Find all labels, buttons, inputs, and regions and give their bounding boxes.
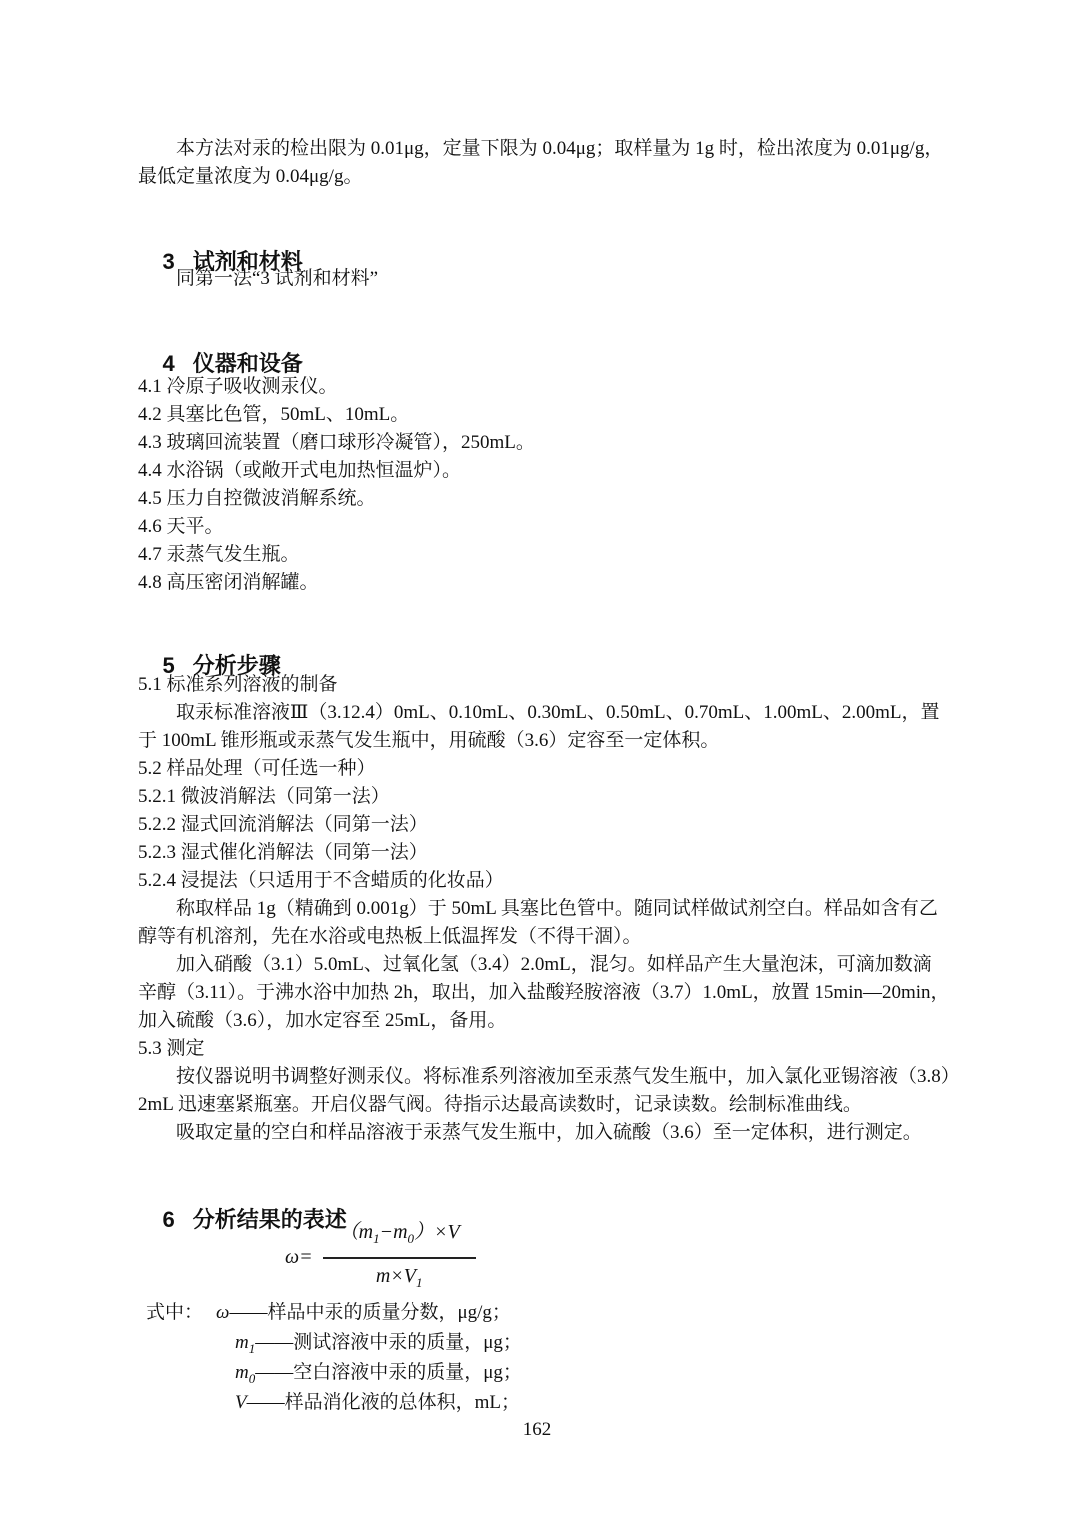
where-label: 式中： — [146, 1302, 203, 1323]
definition-text: ——空白溶液中汞的质量，μg； — [255, 1362, 522, 1383]
variable-symbol: V — [235, 1392, 247, 1413]
section-4-heading: 4仪器和设备 — [138, 319, 938, 349]
text-line: 5.2 样品处理（可任选一种） — [138, 755, 938, 783]
section-6-heading: 6分析结果的表述 — [138, 1175, 938, 1205]
text-line: 加入硫酸（3.6），加水定容至 25mL，备用。 — [138, 1007, 938, 1035]
list-item: 4.1 冷原子吸收测汞仪。 — [138, 373, 938, 401]
formula-lhs: ω= — [285, 1246, 313, 1269]
text-line: 5.1 标准系列溶液的制备 — [138, 671, 938, 699]
text-line: 吸取定量的空白和样品溶液于汞蒸气发生瓶中，加入硫酸（3.6）至一定体积，进行测定… — [138, 1119, 938, 1147]
intro-line: 本方法对汞的检出限为 0.01μg，定量下限为 0.04μg；取样量为 1g 时… — [138, 135, 938, 163]
text-line: 按仪器说明书调整好测汞仪。将标准系列溶液加至汞蒸气发生瓶中，加入氯化亚锡溶液（3… — [138, 1063, 938, 1091]
page-number: 162 — [0, 1418, 1074, 1442]
list-item: 4.8 高压密闭消解罐。 — [138, 569, 938, 597]
formula-denominator: m×V1 — [323, 1259, 476, 1296]
variable-symbol: m0 — [235, 1362, 255, 1383]
section-4-list: 4.1 冷原子吸收测汞仪。 4.2 具塞比色管，50mL、10mL。 4.3 玻… — [138, 373, 938, 597]
formula-definitions: 式中：ω——样品中汞的质量分数，μg/g； m1——测试溶液中汞的质量，μg； … — [138, 1298, 938, 1418]
text-line: 称取样品 1g（精确到 0.001g）于 50mL 具塞比色管中。随同试样做试剂… — [138, 895, 938, 923]
text-line: 5.2.1 微波消解法（同第一法） — [138, 783, 938, 811]
formula-fraction: （m1−m0）×V m×V1 — [323, 1219, 476, 1296]
list-item: 4.5 压力自控微波消解系统。 — [138, 485, 938, 513]
list-item: 4.6 天平。 — [138, 513, 938, 541]
section-number: 6 — [162, 1205, 174, 1235]
definition-row: 式中：ω——样品中汞的质量分数，μg/g； — [138, 1298, 938, 1328]
text-line: 于 100mL 锥形瓶或汞蒸气发生瓶中，用硫酸（3.6）定容至一定体积。 — [138, 727, 938, 755]
text-line: 5.3 测定 — [138, 1035, 938, 1063]
text-line: 5.2.2 湿式回流消解法（同第一法） — [138, 811, 938, 839]
text-line: 5.2.4 浸提法（只适用于不含蜡质的化妆品） — [138, 867, 938, 895]
definition-text: ——样品消化液的总体积，mL； — [247, 1392, 520, 1413]
variable-symbol: ω — [216, 1302, 229, 1323]
definition-row: V——样品消化液的总体积，mL； — [138, 1388, 938, 1418]
text-line: 加入硝酸（3.1）5.0mL、过氧化氢（3.4）2.0mL，混匀。如样品产生大量… — [138, 951, 938, 979]
list-item: 4.3 玻璃回流装置（磨口球形冷凝管），250mL。 — [138, 429, 938, 457]
text-line: 取汞标准溶液Ⅲ（3.12.4）0mL、0.10mL、0.30mL、0.50mL、… — [138, 699, 938, 727]
section-5-body: 5.1 标准系列溶液的制备 取汞标准溶液Ⅲ（3.12.4）0mL、0.10mL、… — [138, 671, 938, 1147]
definition-row: m0——空白溶液中汞的质量，μg； — [138, 1358, 938, 1388]
list-item: 4.7 汞蒸气发生瓶。 — [138, 541, 938, 569]
section-3-body-line: 同第一法“3 试剂和材料” — [138, 265, 938, 293]
text-line: 2mL 迅速塞紧瓶塞。开启仪器气阀。待指示达最高读数时，记录读数。绘制标准曲线。 — [138, 1091, 938, 1119]
section-number: 3 — [162, 247, 174, 277]
intro-line: 最低定量浓度为 0.04μg/g。 — [138, 163, 938, 191]
document-page: 本方法对汞的检出限为 0.01μg，定量下限为 0.04μg；取样量为 1g 时… — [0, 0, 1074, 1520]
text-line: 醇等有机溶剂，先在水浴或电热板上低温挥发（不得干涸）。 — [138, 923, 938, 951]
section-3-heading: 3试剂和材料 — [138, 217, 938, 247]
list-item: 4.4 水浴锅（或敞开式电加热恒温炉）。 — [138, 457, 938, 485]
formula-numerator: （m1−m0）×V — [323, 1219, 476, 1259]
definition-text: ——样品中汞的质量分数，μg/g； — [229, 1302, 510, 1323]
section-5-heading: 5分析步骤 — [138, 621, 938, 651]
text-line: 5.2.3 湿式催化消解法（同第一法） — [138, 839, 938, 867]
definition-text: ——测试溶液中汞的质量，μg； — [255, 1332, 522, 1353]
variable-symbol: m1 — [235, 1332, 255, 1353]
list-item: 4.2 具塞比色管，50mL、10mL。 — [138, 401, 938, 429]
text-line: 辛醇（3.11）。于沸水浴中加热 2h，取出，加入盐酸羟胺溶液（3.7）1.0m… — [138, 979, 938, 1007]
definition-row: m1——测试溶液中汞的质量，μg； — [138, 1328, 938, 1358]
